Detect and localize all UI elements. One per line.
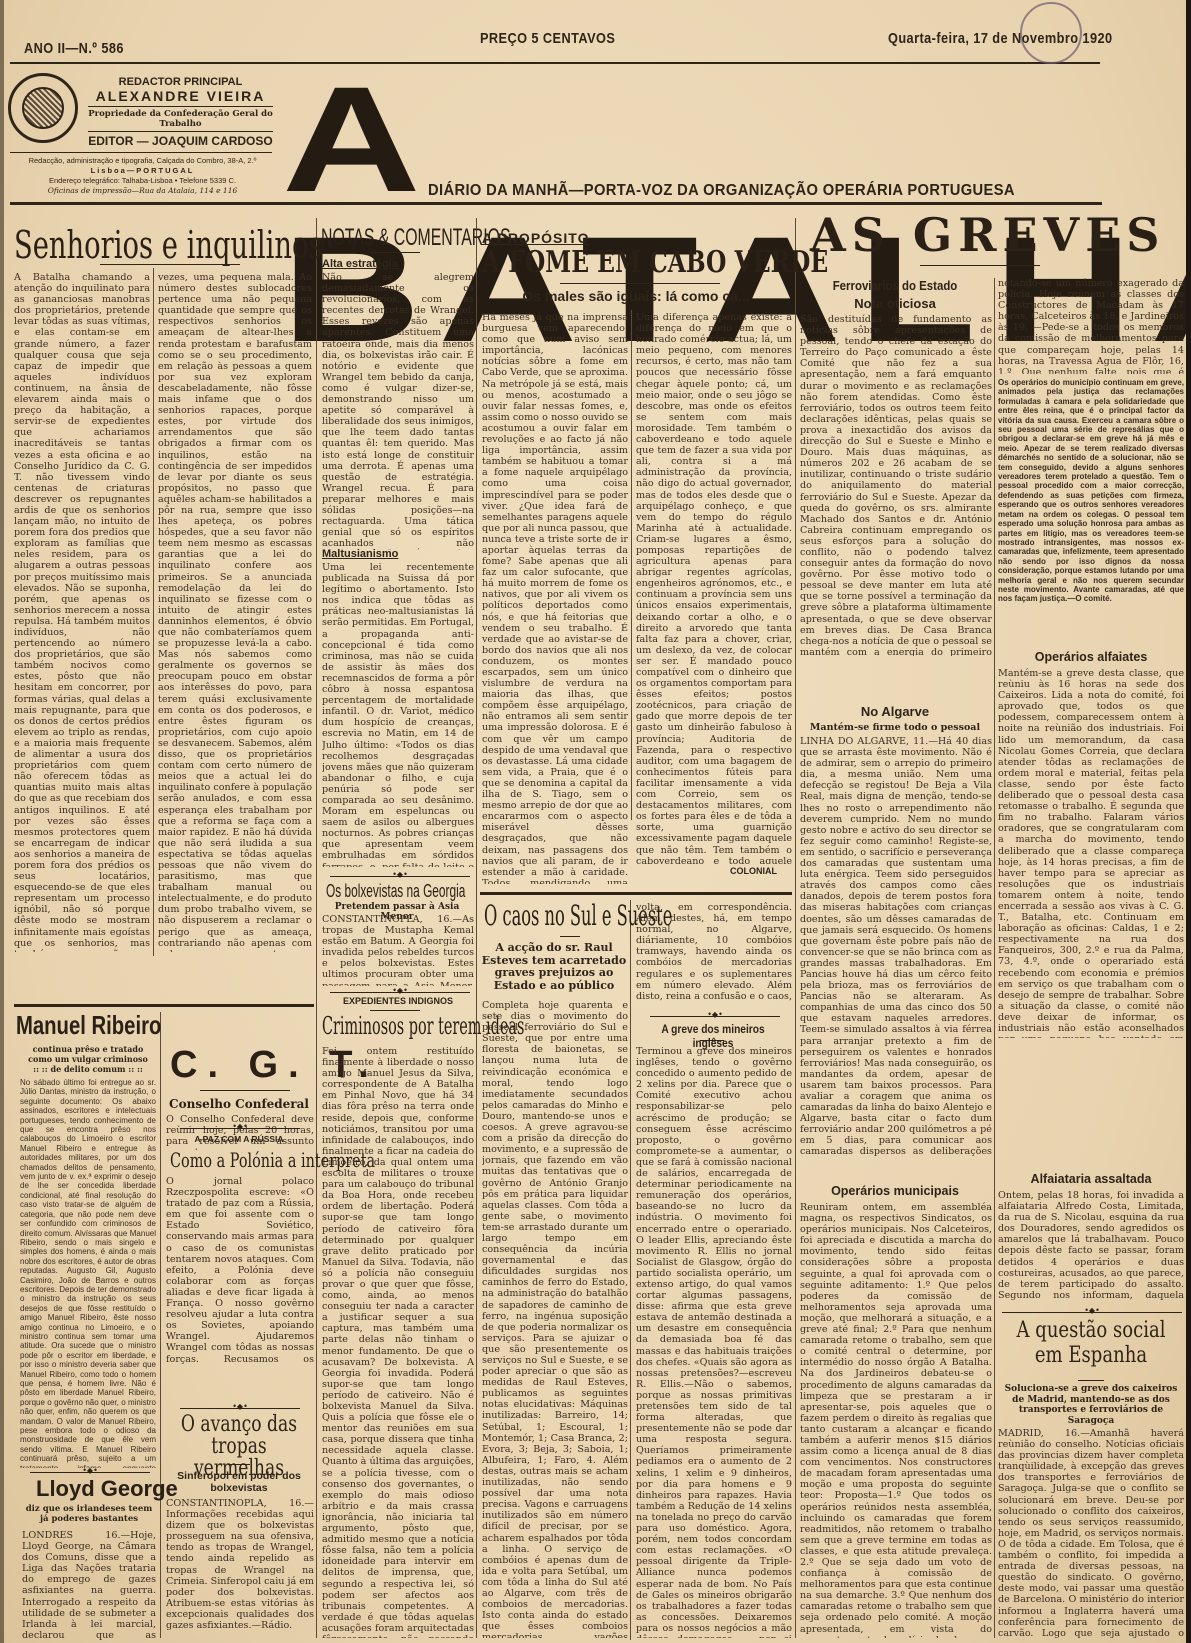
page-edge <box>1186 0 1191 1643</box>
article-body-cgt: O Conselho Confederal deve reùnir hoje, … <box>166 1114 314 1150</box>
ornament-divider <box>330 876 470 877</box>
article-kicker-fome: A PROPÓSITO <box>482 230 589 246</box>
ornament-divider <box>1002 1312 1182 1313</box>
article-body-avanco: CONSTANTINOPLA, 16.—Informações recebida… <box>166 1498 314 1638</box>
article-body-alfaiates: Mantém-se a greve desta classe, que reùn… <box>998 668 1184 1038</box>
issue-number: ANO II—N.º 586 <box>24 40 124 57</box>
section-rule <box>14 1004 314 1007</box>
subsection-subtitle-algarve: Mantém-se firme todo o pessoal <box>798 722 992 733</box>
column-rule <box>153 268 154 956</box>
article-body-algarve: LINHA DO ALGARVE, 11.—Há 40 dias que se … <box>800 736 992 1156</box>
ornament-divider <box>30 1472 150 1473</box>
article-body-fome-col1: Há meses já que na imprensa burguesa vem… <box>482 312 628 884</box>
price: PREÇO 5 CENTAVOS <box>480 30 615 47</box>
title-underline <box>920 265 1040 266</box>
editor: EDITOR — JOAQUIM CARDOSO <box>88 134 273 148</box>
subsection-title-ferroviarios: Ferroviarios do Estado <box>810 278 981 293</box>
article-body-greves-col2: notando-se um número exagerado da políci… <box>998 278 1184 374</box>
redactor-label: REDACTOR PRINCIPAL <box>88 76 273 88</box>
title-underline <box>228 1464 250 1465</box>
column-rule <box>994 278 995 1638</box>
article-subtitle-espanha: Soluciona-se a greve dos caixeiros de Ma… <box>998 1384 1184 1426</box>
title-underline <box>370 252 420 253</box>
newspaper-page: ANO II—N.º 586 PREÇO 5 CENTAVOS Quarta-f… <box>0 0 1191 1643</box>
article-subtitle-cgt: Conselho Confederal <box>164 1098 314 1110</box>
column-rule <box>631 310 632 820</box>
article-deck-lloyd: diz que os irlandeses teem já poderes ba… <box>22 1504 156 1524</box>
article-body-lloyd: LONDRES 16.—Hoje, Lloyd George, na Câmar… <box>22 1530 156 1640</box>
article-body-senhorios-col2: vezes, uma pequena mala. Ao número deste… <box>158 272 312 952</box>
title-underline <box>100 264 240 265</box>
ownership: Propriedade da Confederação Geral do Tra… <box>88 109 273 129</box>
title-underline <box>700 1040 724 1041</box>
article-title-senhorios: Senhorios e inquilinos <box>14 226 322 264</box>
subsection-subtitle-nota-oficiosa: Nota oficiosa <box>798 296 992 311</box>
subsection-title-municipais: Operários municipais <box>798 1184 992 1198</box>
subsection-title-alta-estrategia: Alta estratégia <box>322 258 398 270</box>
article-kicker-polonia: A PAZ COM A RÚSSIA <box>164 1134 314 1144</box>
column-rule <box>160 1012 161 1638</box>
article-body-fome-col2: Uma diferença apenas existe: a diferença… <box>636 312 792 864</box>
column-rule <box>630 900 631 1640</box>
article-body-caos-col1: Completa hoje quarenta e sete dias o mov… <box>482 1000 628 1638</box>
library-stamp-icon <box>1020 2 1082 64</box>
redactor-name: ALEXANDRE VIEIRA <box>88 88 273 104</box>
subsection-title-maltusianismo: Maltusianismo <box>322 548 398 560</box>
subsection-title-algarve: No Algarve <box>798 704 992 719</box>
article-subtitle-fome: Os males são iguais: lá como cá... <box>478 288 794 304</box>
article-title-manuel-ribeiro: Manuel Ribeiro <box>16 1012 161 1038</box>
address-block: Redacção, administração e tipografia, Ca… <box>10 156 275 196</box>
section-title-greves: AS GREVES <box>810 212 1165 258</box>
article-title-bolxevistas: Os bolxevistas na Georgia <box>326 882 465 900</box>
article-body-criminosos: Foi ontem restituído finalmente à liberd… <box>322 1046 474 1638</box>
article-title-fome: A FOME EM CABO VERDE <box>482 248 828 278</box>
article-body-caos-col2: volta, em correspondência. Além destes, … <box>636 902 792 1002</box>
article-title-lloyd-george: Lloyd George <box>36 1478 178 1500</box>
article-body-assaltada: Ontem, pelas 18 horas, foi invadida a al… <box>998 1190 1184 1300</box>
column-rule <box>795 218 796 1638</box>
page-edge <box>0 0 4 1643</box>
article-body-ferroviarios: São destituídas de fundamento as notícia… <box>800 314 992 656</box>
telegraph: Endereço telegráfico: Talhaba-Lisboa • T… <box>10 176 275 186</box>
article-body-senhorios-col1: A Batalha chamando a atenção do inquilin… <box>14 272 150 952</box>
workshops: Oficinas de impressão—Rua da Atalaia, 11… <box>10 186 275 196</box>
ornament-divider <box>650 1016 780 1017</box>
newspaper-subtitle: DIÁRIO DA MANHÃ—PORTA-VOZ DA ORGANIZAÇÃO… <box>428 182 1015 200</box>
subsection-title-alfaiates: Operários alfaiates <box>996 650 1186 664</box>
editorial-block: REDACTOR PRINCIPAL ALEXANDRE VIEIRA Prop… <box>88 76 273 148</box>
column-rule <box>316 218 317 1638</box>
masthead-bottom-rule <box>10 202 1102 205</box>
article-deck-manuel-ribeiro: continua prêso e tratado como um vulgar … <box>20 1044 156 1074</box>
deck-line: :: :: de delito comum :: :: <box>20 1064 156 1074</box>
article-body-communique: Os operários do município continuam em g… <box>998 378 1184 618</box>
title-underline <box>370 1010 420 1011</box>
article-body-polonia: O jornal polaco Rzeczpospolita escreve: … <box>166 1176 314 1364</box>
city: Lisboa—PORTUGAL <box>10 166 275 176</box>
article-body-manuel-ribeiro: No sábado último foi entregue ao sr. Júl… <box>20 1078 156 1468</box>
article-body-mineiros: Terminou a greve dos mineiros inglêses, … <box>636 1046 792 1638</box>
column-rule <box>476 218 477 1638</box>
divider <box>10 152 272 153</box>
article-body-municipais: Reuniram ontem, em assembléa magna, os r… <box>800 1202 992 1638</box>
title-underline <box>200 1090 290 1091</box>
title-underline <box>560 936 580 937</box>
article-body-espanha: MADRID, 16.—Amanhã haverá reùnião do con… <box>998 1428 1184 1638</box>
deck-line: como um vulgar criminoso <box>20 1054 156 1064</box>
subsection-title-assaltada: Alfaiataria assaltada <box>996 1172 1186 1186</box>
article-body-maltusianismo: Uma lei recentemente publicada na Suissa… <box>322 562 474 867</box>
article-body-alta-estrategia: Não se alegrem demasiadamente os revoluc… <box>322 272 474 550</box>
title-underline <box>1078 1380 1104 1381</box>
article-title-espanha: A questão social em Espanha <box>1013 1318 1169 1368</box>
confederation-seal-icon <box>8 73 78 143</box>
title-underline <box>560 283 720 284</box>
article-subtitle-avanco: Sinferopol em poder dos bolxevistas <box>164 1470 314 1494</box>
ornament-divider <box>180 1408 300 1409</box>
deck-line: continua prêso e tratado <box>20 1044 156 1054</box>
ornament-divider <box>330 992 470 993</box>
article-signature-fome: COLONIAL <box>730 866 777 876</box>
article-subtitle-caos: A acção do sr. Raul Esteves tem acarreta… <box>480 942 628 992</box>
section-rule <box>480 892 792 895</box>
ornament-divider <box>180 1128 300 1129</box>
article-body-bolxevistas: CONSTANTINOPLA, 16.—As tropas de Mustaph… <box>322 914 474 986</box>
article-kicker-criminosos: EXPEDIENTES INDIGNOS <box>320 996 476 1006</box>
address: Redacção, administração e tipografia, Ca… <box>10 156 275 166</box>
